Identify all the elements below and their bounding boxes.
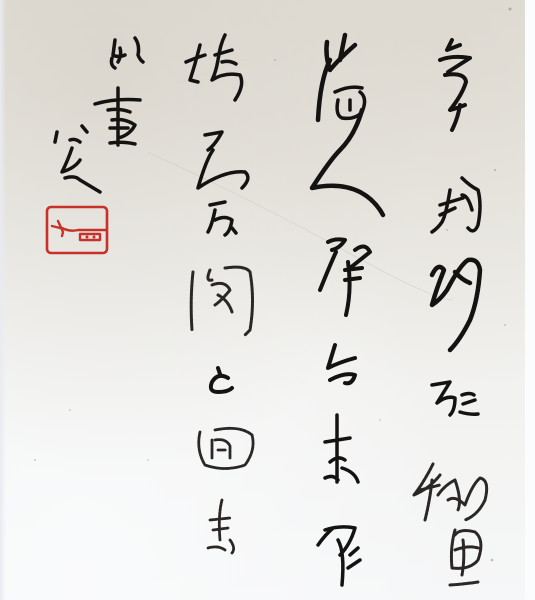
column-2 (312, 35, 383, 585)
seal (47, 207, 107, 253)
column-1 (414, 40, 487, 585)
calligraphy-ink-layer (0, 0, 535, 600)
column-3 (186, 35, 253, 553)
signature (55, 38, 143, 192)
